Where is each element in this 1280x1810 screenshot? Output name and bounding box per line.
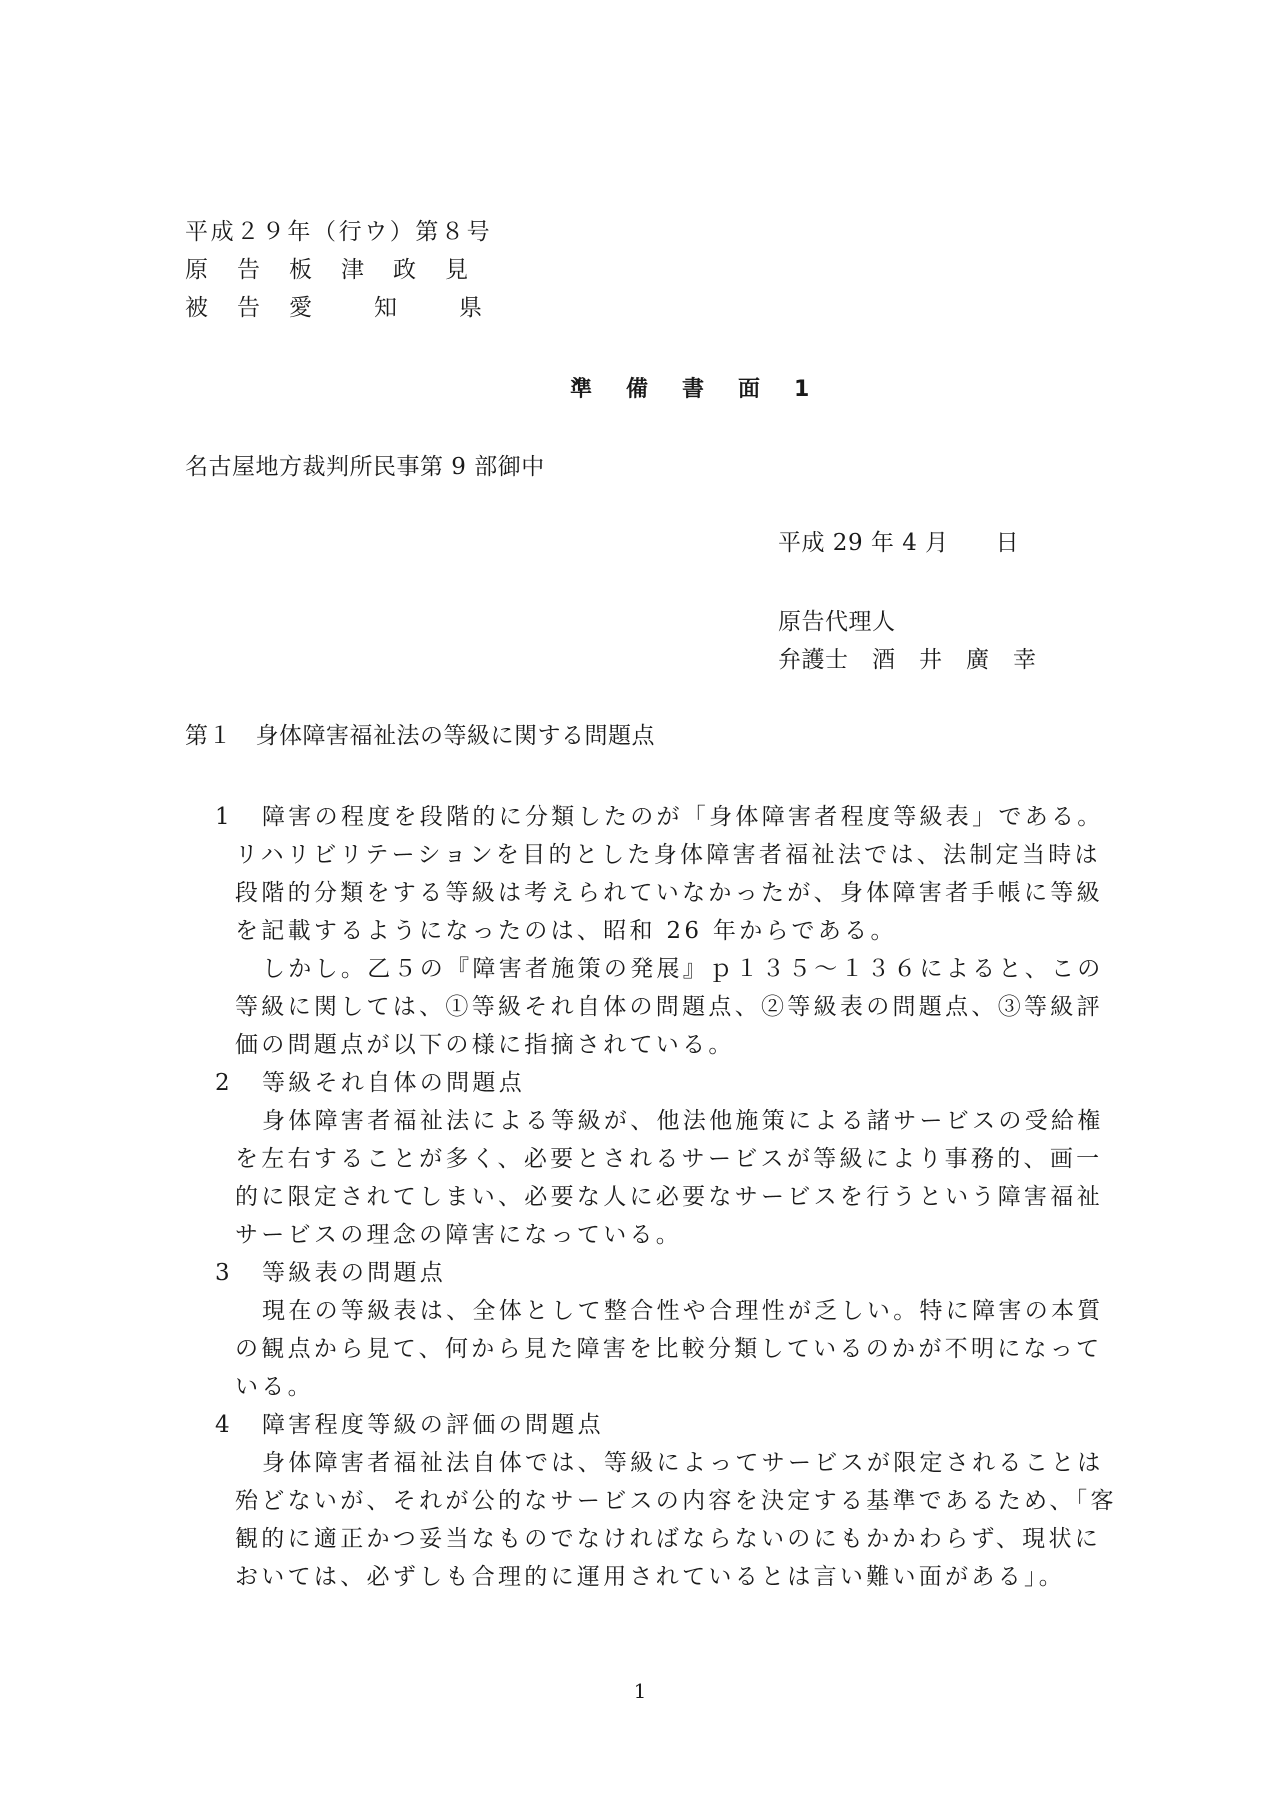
defendant-name-char: 知 bbox=[374, 293, 459, 323]
paragraph-line: 殆どないが、それが公的なサービスの内容を決定する基準であるため、「客 bbox=[235, 1482, 1105, 1520]
defendant-name-char: 愛 bbox=[289, 293, 374, 323]
paragraph-line: しかし。乙５の『障害者施策の発展』ｐ１３５～１３６によると、この bbox=[235, 950, 1105, 988]
case-number: 平成２９年（行ウ）第８号 bbox=[185, 217, 492, 247]
paragraph-line: を左右することが多く、必要とされるサービスが等級により事務的、画一 bbox=[235, 1140, 1105, 1178]
title-char: 1 bbox=[794, 375, 850, 405]
plaintiff-name-char: 津 bbox=[341, 255, 393, 285]
item-text: 障害程度等級の評価の問題点 bbox=[262, 1412, 604, 1438]
plaintiff-label-char: 告 bbox=[237, 255, 289, 285]
plaintiff-label-char: 原 bbox=[185, 255, 237, 285]
item-text: 等級それ自体の問題点 bbox=[262, 1070, 525, 1096]
paragraph-line: 的に限定されてしまい、必要な人に必要なサービスを行うという障害福祉 bbox=[235, 1178, 1105, 1216]
item-heading-line: 4障害程度等級の評価の問題点 bbox=[215, 1406, 1105, 1444]
page-number: 1 bbox=[0, 1676, 1280, 1706]
paragraph-line: を記載するようになったのは、昭和 26 年からである。 bbox=[235, 912, 1105, 950]
defendant-label-char: 被 bbox=[185, 293, 237, 323]
paragraph-line: 身体障害者福祉法自体では、等級によってサービスが限定されることは bbox=[235, 1444, 1105, 1482]
section-item-4: 4障害程度等級の評価の問題点 身体障害者福祉法自体では、等級によってサービスが限… bbox=[235, 1406, 1105, 1596]
paragraph-line: 現在の等級表は、全体として整合性や合理性が乏しい。特に障害の本質 bbox=[235, 1292, 1105, 1330]
signature-role: 原告代理人 bbox=[778, 607, 896, 637]
item-number: 2 bbox=[215, 1064, 262, 1102]
paragraph-line: 段階的分類をする等級は考えられていなかったが、身体障害者手帳に等級 bbox=[235, 874, 1105, 912]
paragraph-line: 観的に適正かつ妥当なものでなければならないのにもかかわらず、現状に bbox=[235, 1520, 1105, 1558]
section-item-3: 3等級表の問題点 現在の等級表は、全体として整合性や合理性が乏しい。特に障害の本… bbox=[235, 1254, 1105, 1406]
plaintiff-line: 原告板津政見 bbox=[185, 255, 497, 285]
item-heading-line: 3等級表の問題点 bbox=[215, 1254, 1105, 1292]
filing-date: 平成 29 年 4 月 日 bbox=[778, 528, 1019, 558]
title-char: 準 bbox=[570, 375, 626, 405]
item-number: 1 bbox=[215, 798, 262, 836]
plaintiff-name-char: 板 bbox=[289, 255, 341, 285]
paragraph-line: 価の問題点が以下の様に指摘されている。 bbox=[235, 1026, 1105, 1064]
section-heading: 第１ 身体障害福祉法の等級に関する問題点 bbox=[185, 721, 655, 751]
item-number: 3 bbox=[215, 1254, 262, 1292]
defendant-name-char: 県 bbox=[459, 293, 511, 323]
item-text: 等級表の問題点 bbox=[262, 1260, 446, 1286]
section-item-1: 1障害の程度を段階的に分類したのが「身体障害者程度等級表」である。 リハリビリテ… bbox=[235, 798, 1105, 1064]
paragraph-line: 身体障害者福祉法による等級が、他法他施策による諸サービスの受給権 bbox=[235, 1102, 1105, 1140]
item-number: 4 bbox=[215, 1406, 262, 1444]
title-char: 備 bbox=[626, 375, 682, 405]
paragraph-line: サービスの理念の障害になっている。 bbox=[235, 1216, 1105, 1254]
item-heading-line: 2等級それ自体の問題点 bbox=[215, 1064, 1105, 1102]
document-title: 準備書面1 bbox=[570, 375, 850, 405]
paragraph-line: リハリビリテーションを目的とした身体障害者福祉法では、法制定当時は bbox=[235, 836, 1105, 874]
title-char: 書 bbox=[682, 375, 738, 405]
signature-name: 弁護士 酒 井 廣 幸 bbox=[778, 645, 1037, 675]
title-char: 面 bbox=[738, 375, 794, 405]
item-text: 障害の程度を段階的に分類したのが「身体障害者程度等級表」である。 bbox=[262, 804, 1104, 830]
paragraph-line: 等級に関しては、①等級それ自体の問題点、②等級表の問題点、③等級評 bbox=[235, 988, 1105, 1026]
paragraph-line: の観点から見て、何から見た障害を比較分類しているのかが不明になって bbox=[235, 1330, 1105, 1368]
defendant-label-char: 告 bbox=[237, 293, 289, 323]
addressee: 名古屋地方裁判所民事第 9 部御中 bbox=[185, 452, 545, 482]
paragraph-line: いる。 bbox=[235, 1368, 1105, 1406]
defendant-line: 被告愛知県 bbox=[185, 293, 511, 323]
plaintiff-name-char: 政 bbox=[393, 255, 445, 285]
document-page: 平成２９年（行ウ）第８号 原告板津政見 被告愛知県 準備書面1 名古屋地方裁判所… bbox=[0, 0, 1280, 1810]
paragraph-line: おいては、必ずしも合理的に運用されているとは言い難い面がある」。 bbox=[235, 1558, 1105, 1596]
section-item-2: 2等級それ自体の問題点 身体障害者福祉法による等級が、他法他施策による諸サービス… bbox=[235, 1064, 1105, 1254]
plaintiff-name-char: 見 bbox=[445, 255, 497, 285]
item-heading-line: 1障害の程度を段階的に分類したのが「身体障害者程度等級表」である。 bbox=[215, 798, 1105, 836]
